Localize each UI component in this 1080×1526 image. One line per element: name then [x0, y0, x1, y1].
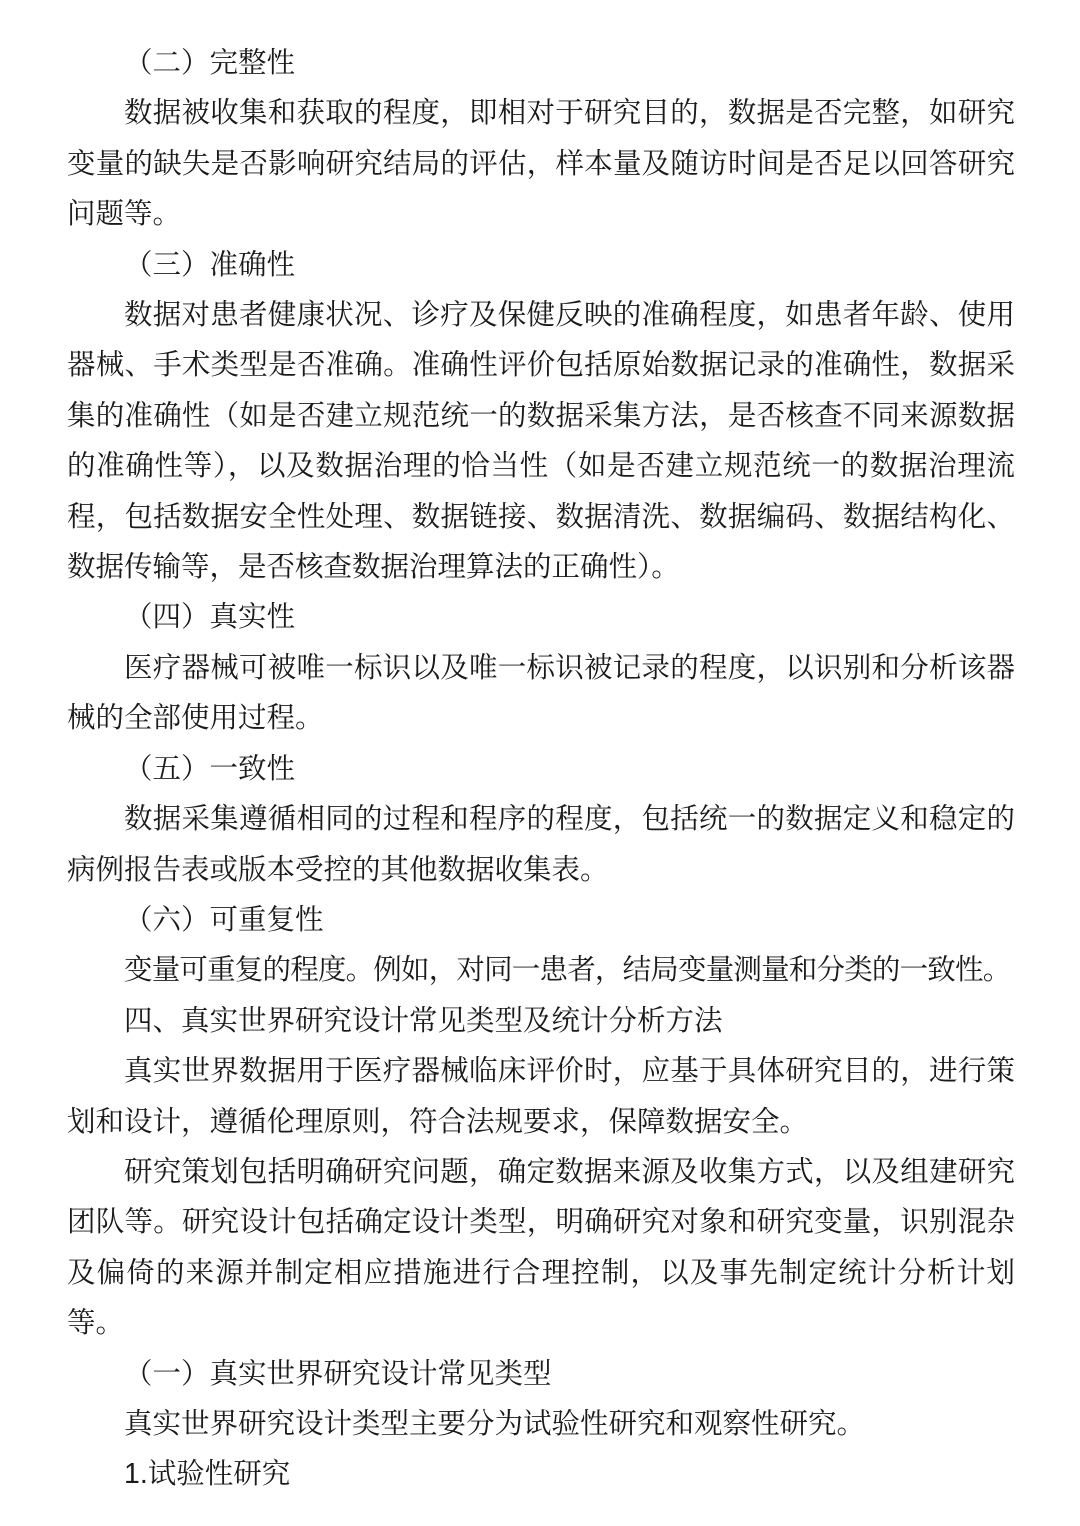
- paragraph-study-planning: 研究策划包括明确研究问题，确定数据来源及收集方式，以及组建研究团队等。研究设计包…: [67, 1147, 1015, 1349]
- paragraph-authenticity: 医疗器械可被唯一标识以及唯一标识被记录的程度，以识别和分析该器械的全部使用过程。: [67, 643, 1015, 744]
- subheading-repeatability: （六）可重复性: [67, 895, 1015, 945]
- subheading-completeness: （二）完整性: [67, 38, 1015, 88]
- subheading-consistency: （五）一致性: [67, 744, 1015, 794]
- paragraph-accuracy: 数据对患者健康状况、诊疗及保健反映的准确程度，如患者年龄、使用器械、手术类型是否…: [67, 290, 1015, 592]
- subheading-authenticity: （四）真实性: [67, 592, 1015, 642]
- subheading-accuracy: （三）准确性: [67, 240, 1015, 290]
- document-body: （二）完整性 数据被收集和获取的程度，即相对于研究目的，数据是否完整，如研究变量…: [0, 0, 1080, 1500]
- numbered-heading-experimental-study: 1.试验性研究: [67, 1449, 1015, 1499]
- paragraph-design-types: 真实世界研究设计类型主要分为试验性研究和观察性研究。: [67, 1399, 1015, 1449]
- paragraph-repeatability: 变量可重复的程度。例如，对同一患者，结局变量测量和分类的一致性。: [67, 945, 1015, 995]
- paragraph-consistency: 数据采集遵循相同的过程和程序的程度，包括统一的数据定义和稳定的病例报告表或版本受…: [67, 794, 1015, 895]
- paragraph-completeness: 数据被收集和获取的程度，即相对于研究目的，数据是否完整，如研究变量的缺失是否影响…: [67, 88, 1015, 239]
- paragraph-design-principles: 真实世界数据用于医疗器械临床评价时，应基于具体研究目的，进行策划和设计，遵循伦理…: [67, 1046, 1015, 1147]
- subheading-design-types: （一）真实世界研究设计常见类型: [67, 1349, 1015, 1399]
- chapter-heading-study-design: 四、真实世界研究设计常见类型及统计分析方法: [67, 996, 1015, 1046]
- document-page: （二）完整性 数据被收集和获取的程度，即相对于研究目的，数据是否完整，如研究变量…: [0, 0, 1080, 1526]
